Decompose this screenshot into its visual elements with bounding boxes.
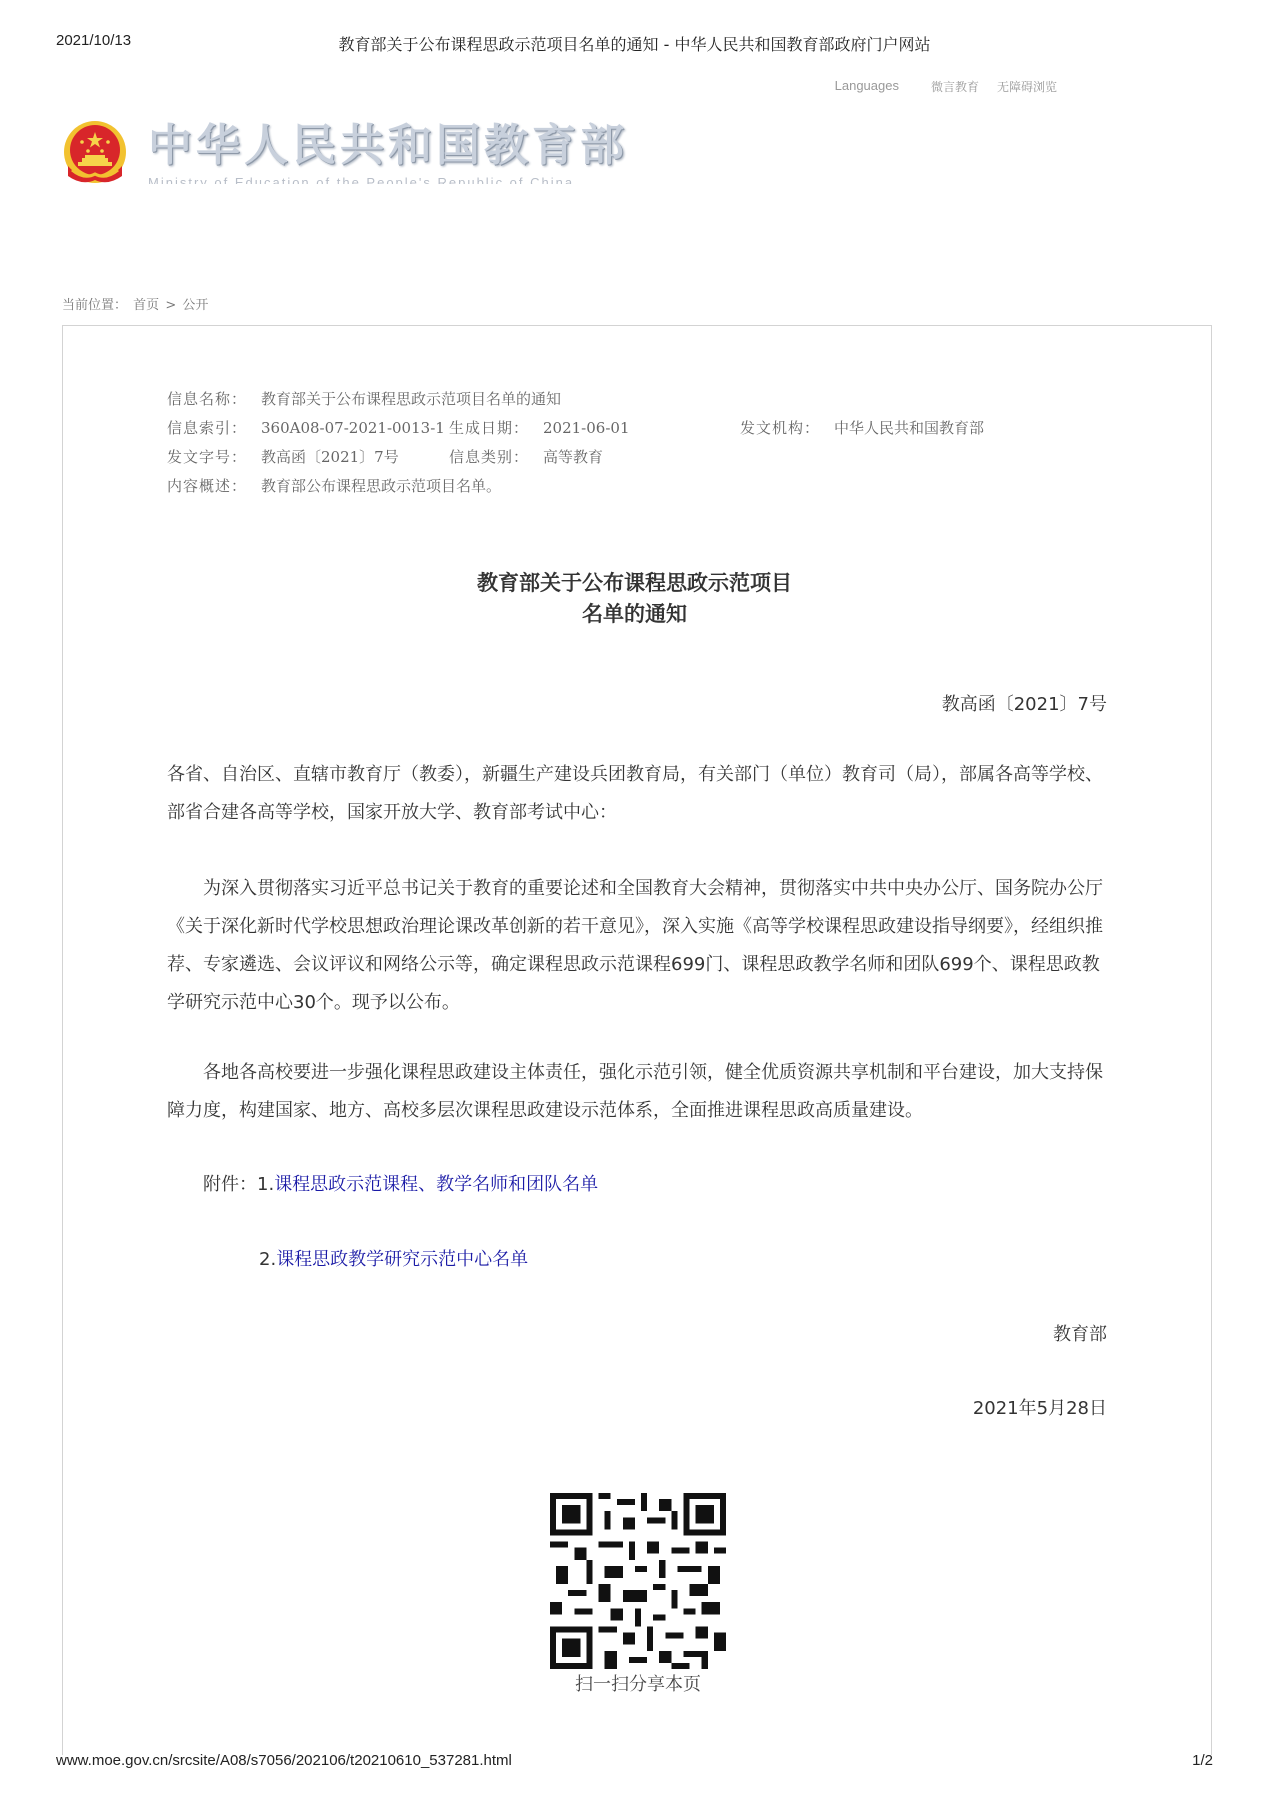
attachment-label: 附件： xyxy=(203,1174,257,1195)
logo-title-en: Ministry of Education of the People's Re… xyxy=(148,174,628,184)
breadcrumb-separator: > xyxy=(165,298,176,313)
document-title-line1: 教育部关于公布课程思政示范项目 xyxy=(0,568,1269,599)
paragraph-1: 为深入贯彻落实习近平总书记关于教育的重要论述和全国教育大会精神，贯彻落实中共中央… xyxy=(167,870,1107,1022)
sign-date: 2021年5月28日 xyxy=(973,1394,1107,1420)
top-links: Languages 微言教育 无障碍浏览 xyxy=(835,78,1057,95)
meta-index-value: 360A08-07-2021-0013-1 xyxy=(261,419,449,437)
meta-date-label: 生成日期： xyxy=(449,417,543,438)
logo-title-cn: 中华人民共和国教育部 xyxy=(148,120,628,172)
breadcrumb-current[interactable]: 公开 xyxy=(182,298,208,313)
meta-name-label: 信息名称： xyxy=(167,388,261,409)
attachment-2-link[interactable]: 课程思政教学研究示范中心名单 xyxy=(276,1249,528,1270)
breadcrumb-home[interactable]: 首页 xyxy=(133,298,159,313)
attachment-2-row: 2.课程思政教学研究示范中心名单 xyxy=(259,1245,528,1271)
meta-row-index: 信息索引：360A08-07-2021-0013-1生成日期：2021-06-0… xyxy=(167,417,629,438)
document-number: 教高函〔2021〕7号 xyxy=(942,690,1107,716)
meta-row-name: 信息名称：教育部关于公布课程思政示范项目名单的通知 xyxy=(167,388,561,409)
meta-row-docno: 发文字号：教高函〔2021〕7号信息类别：高等教育 xyxy=(167,446,603,467)
breadcrumb: 当前位置： 首页 > 公开 xyxy=(62,294,210,313)
weiyan-link[interactable]: 微言教育 xyxy=(931,78,979,95)
meta-docno-label: 发文字号： xyxy=(167,446,261,467)
addressee: 各省、自治区、直辖市教育厅（教委），新疆生产建设兵团教育局，有关部门（单位）教育… xyxy=(167,756,1107,832)
meta-row-issuer: 发文机构：中华人民共和国教育部 xyxy=(740,417,984,438)
qr-caption: 扫一扫分享本页 xyxy=(550,1670,726,1696)
meta-summary-value: 教育部公布课程思政示范项目名单。 xyxy=(261,475,501,496)
breadcrumb-prefix: 当前位置： xyxy=(62,298,127,313)
meta-summary-label: 内容概述： xyxy=(167,475,261,496)
meta-issuer-label: 发文机构： xyxy=(740,417,834,438)
document-title-line2: 名单的通知 xyxy=(0,599,1269,630)
meta-docno-value: 教高函〔2021〕7号 xyxy=(261,446,449,467)
print-url: www.moe.gov.cn/srcsite/A08/s7056/202106/… xyxy=(56,1752,512,1769)
print-page-title: 教育部关于公布课程思政示范项目名单的通知 - 中华人民共和国教育部政府门户网站 xyxy=(0,32,1269,55)
signature: 教育部 xyxy=(1053,1320,1107,1346)
meta-issuer-value: 中华人民共和国教育部 xyxy=(834,417,984,438)
document-title: 教育部关于公布课程思政示范项目 名单的通知 xyxy=(0,568,1269,630)
attachment-1-row: 附件：1.课程思政示范课程、教学名师和团队名单 xyxy=(203,1170,598,1196)
print-page-number: 1/2 xyxy=(1192,1752,1213,1769)
accessibility-link[interactable]: 无障碍浏览 xyxy=(997,78,1057,95)
qr-code-icon xyxy=(550,1493,726,1669)
paragraph-2: 各地各高校要进一步强化课程思政建设主体责任，强化示范引领，健全优质资源共享机制和… xyxy=(167,1054,1107,1130)
meta-category-value: 高等教育 xyxy=(543,446,603,467)
site-logo[interactable]: 中华人民共和国教育部 Ministry of Education of the … xyxy=(62,120,628,186)
attachment-1-link[interactable]: 课程思政示范课程、教学名师和团队名单 xyxy=(274,1174,598,1195)
attachment-1-prefix: 1. xyxy=(257,1174,274,1195)
national-emblem-icon xyxy=(62,120,128,186)
meta-name-value: 教育部关于公布课程思政示范项目名单的通知 xyxy=(261,388,561,409)
meta-date-value: 2021-06-01 xyxy=(543,419,629,437)
languages-link[interactable]: Languages xyxy=(835,78,899,95)
meta-index-label: 信息索引： xyxy=(167,417,261,438)
meta-category-label: 信息类别： xyxy=(449,446,543,467)
meta-row-summary: 内容概述：教育部公布课程思政示范项目名单。 xyxy=(167,475,501,496)
attachment-2-prefix: 2. xyxy=(259,1249,276,1270)
